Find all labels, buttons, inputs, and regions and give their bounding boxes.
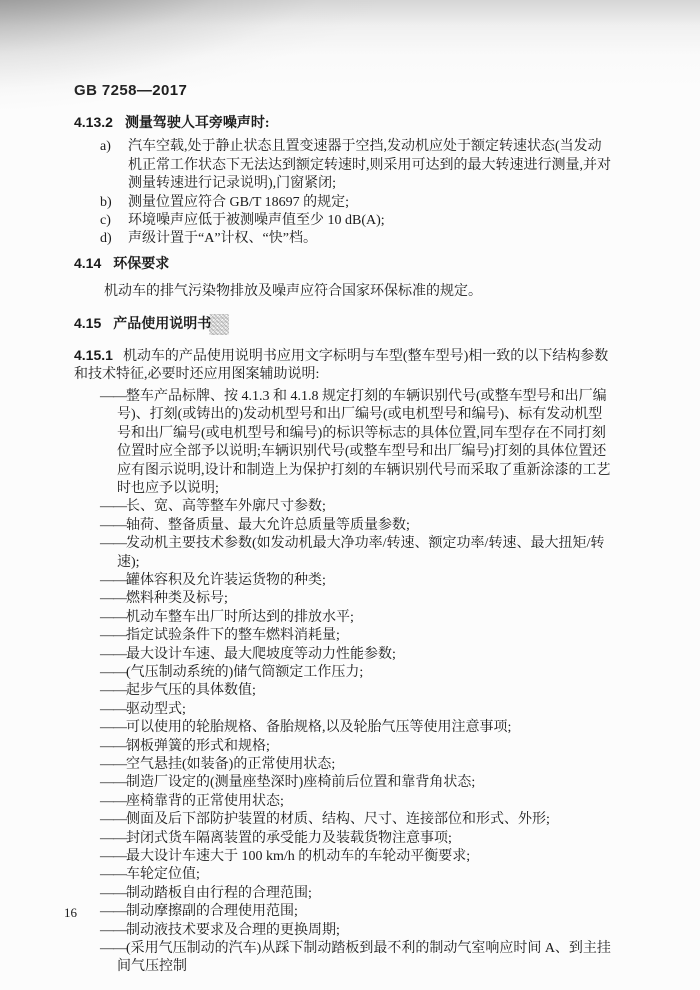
clause-number: 4.13.2: [74, 114, 113, 130]
list-item: ——车轮定位值;: [74, 866, 615, 884]
list-item: ——罐体容积及允许装运货物的种类;: [74, 572, 615, 590]
item-text: 指定试验条件下的整车燃料消耗量;: [126, 628, 340, 643]
item-text: 最大设计车速大于 100 km/h 的机动车的车轮动平衡要求;: [126, 849, 470, 864]
item-text: 声级计置于“A”计权、“快”档。: [128, 231, 317, 246]
dash-mark: ——: [100, 757, 126, 772]
dash-mark: ——: [100, 628, 126, 643]
dash-mark: ——: [100, 775, 126, 790]
clause-title: 环保要求: [113, 257, 169, 272]
clause-number: 4.15: [74, 315, 101, 331]
dash-mark: ——: [100, 518, 126, 533]
list-item: ——起步气压的具体数值;: [74, 682, 615, 700]
dash-mark: ——: [100, 941, 126, 956]
list-item: ——制动踏板自由行程的合理范围;: [74, 885, 615, 903]
dash-mark: ——: [100, 647, 126, 662]
dash-mark: ——: [100, 794, 126, 809]
item-text: 最大设计车速、最大爬坡度等动力性能参数;: [126, 647, 396, 662]
list-item: ——指定试验条件下的整车燃料消耗量;: [74, 627, 615, 645]
clause-4-15-heading: 4.15产品使用说明书: [74, 314, 615, 334]
item-text: 封闭式货车隔离装置的承受能力及装载货物注意事项;: [126, 831, 452, 846]
item-text: 罐体容积及允许装运货物的种类;: [126, 573, 326, 588]
list-item: ——最大设计车速大于 100 km/h 的机动车的车轮动平衡要求;: [74, 848, 615, 866]
dash-mark: ——: [100, 831, 126, 846]
dash-mark: ——: [100, 591, 126, 606]
standard-number-header: GB 7258—2017: [74, 82, 615, 100]
page-content: GB 7258—2017 4.13.2测量驾驶人耳旁噪声时: a) 汽车空载,处…: [74, 0, 615, 977]
item-text: 车轮定位值;: [126, 867, 200, 882]
dash-mark: ——: [100, 923, 126, 938]
list-item: ——空气悬挂(如装备)的正常使用状态;: [74, 756, 615, 774]
item-text: 发动机主要技术参数(如发动机最大净功率/转速、额定功率/转速、最大扭矩/转速);: [117, 536, 604, 569]
item-text: 驱动型式;: [126, 702, 186, 717]
list-item: ——机动车整车出厂时所达到的排放水平;: [74, 609, 615, 627]
item-text: 制造厂设定的(测量座垫深时)座椅前后位置和靠背角状态;: [126, 775, 475, 790]
list-item: ——燃料种类及标号;: [74, 590, 615, 608]
dash-mark: ——: [100, 683, 126, 698]
item-label: a): [100, 138, 111, 156]
item-text: 轴荷、整备质量、最大允许总质量等质量参数;: [126, 518, 410, 533]
clause-number: 4.14: [74, 255, 101, 271]
lettered-list: a) 汽车空载,处于静止状态且置变速器于空挡,发动机应处于额定转速状态(当发动机…: [74, 138, 615, 248]
dash-mark: ——: [100, 867, 126, 882]
list-item: c) 环境噪声应低于被测噪声值至少 10 dB(A);: [74, 212, 615, 230]
list-item: ——制造厂设定的(测量座垫深时)座椅前后位置和靠背角状态;: [74, 774, 615, 792]
list-item: ——侧面及后下部防护装置的材质、结构、尺寸、连接部位和形式、外形;: [74, 811, 615, 829]
item-label: d): [100, 230, 112, 248]
clause-intro-text: 机动车的产品使用说明书应用文字标明与车型(整车型号)相一致的以下结构参数和技术特…: [74, 349, 608, 382]
item-text: 座椅靠背的正常使用状态;: [126, 794, 284, 809]
list-item: ——(气压制动系统的)储气筒额定工作压力;: [74, 664, 615, 682]
list-item: ——制动液技术要求及合理的更换周期;: [74, 922, 615, 940]
list-item: a) 汽车空载,处于静止状态且置变速器于空挡,发动机应处于额定转速状态(当发动机…: [74, 138, 615, 193]
list-item: ——发动机主要技术参数(如发动机最大净功率/转速、额定功率/转速、最大扭矩/转速…: [74, 535, 615, 572]
dash-mark: ——: [100, 849, 126, 864]
dash-mark: ——: [100, 720, 126, 735]
item-label: b): [100, 194, 112, 212]
clause-title: 产品使用说明书: [113, 317, 211, 332]
list-item: d) 声级计置于“A”计权、“快”档。: [74, 230, 615, 248]
dash-mark: ——: [100, 573, 126, 588]
scanned-document-page: GB 7258—2017 4.13.2测量驾驶人耳旁噪声时: a) 汽车空载,处…: [0, 0, 700, 990]
list-item: ——封闭式货车隔离装置的承受能力及装载货物注意事项;: [74, 830, 615, 848]
dash-list: ——整车产品标牌、按 4.1.3 和 4.1.8 规定打刻的车辆识别代号(或整车…: [74, 388, 615, 977]
item-text: 侧面及后下部防护装置的材质、结构、尺寸、连接部位和形式、外形;: [126, 812, 550, 827]
clause-4-13-2-heading: 4.13.2测量驾驶人耳旁噪声时:: [74, 113, 615, 133]
clause-number: 4.15.1: [74, 347, 113, 363]
item-text: 制动摩擦副的合理使用范围;: [126, 904, 298, 919]
list-item: ——整车产品标牌、按 4.1.3 和 4.1.8 规定打刻的车辆识别代号(或整车…: [74, 388, 615, 498]
item-text: (采用气压制动的汽车)从踩下制动踏板到最不利的制动气室响应时间 A、到主挂间气压…: [117, 941, 611, 974]
list-item: ——驱动型式;: [74, 701, 615, 719]
item-text: 起步气压的具体数值;: [126, 683, 256, 698]
list-item: ——钢板弹簧的形式和规格;: [74, 738, 615, 756]
page-number: 16: [64, 905, 77, 921]
item-text: 空气悬挂(如装备)的正常使用状态;: [126, 757, 335, 772]
list-item: ——制动摩擦副的合理使用范围;: [74, 903, 615, 921]
item-text: 钢板弹簧的形式和规格;: [126, 739, 270, 754]
item-text: 制动液技术要求及合理的更换周期;: [126, 923, 340, 938]
item-text: 机动车整车出厂时所达到的排放水平;: [126, 610, 354, 625]
list-item: ——长、宽、高等整车外廓尺寸参数;: [74, 498, 615, 516]
clause-4-14-heading: 4.14环保要求: [74, 254, 615, 274]
list-item: ——最大设计车速、最大爬坡度等动力性能参数;: [74, 646, 615, 664]
item-text: 长、宽、高等整车外廓尺寸参数;: [126, 499, 326, 514]
item-text: 环境噪声应低于被测噪声值至少 10 dB(A);: [128, 213, 385, 228]
item-text: 整车产品标牌、按 4.1.3 和 4.1.8 规定打刻的车辆识别代号(或整车型号…: [117, 389, 611, 496]
item-text: 汽车空载,处于静止状态且置变速器于空挡,发动机应处于额定转速状态(当发动机正常工…: [128, 139, 611, 191]
clause-4-15-1-intro: 4.15.1机动车的产品使用说明书应用文字标明与车型(整车型号)相一致的以下结构…: [74, 346, 615, 385]
item-text: 测量位置应符合 GB/T 18697 的规定;: [128, 195, 349, 210]
list-item: b) 测量位置应符合 GB/T 18697 的规定;: [74, 194, 615, 212]
list-item: ——可以使用的轮胎规格、备胎规格,以及轮胎气压等使用注意事项;: [74, 719, 615, 737]
list-item: ——(采用气压制动的汽车)从踩下制动踏板到最不利的制动气室响应时间 A、到主挂间…: [74, 940, 615, 977]
dash-mark: ——: [100, 886, 126, 901]
list-item: ——座椅靠背的正常使用状态;: [74, 793, 615, 811]
dash-mark: ——: [100, 610, 126, 625]
dash-mark: ——: [100, 739, 126, 754]
dash-mark: ——: [100, 536, 126, 551]
list-item: ——轴荷、整备质量、最大允许总质量等质量参数;: [74, 517, 615, 535]
dash-mark: ——: [100, 904, 126, 919]
item-label: c): [100, 212, 111, 230]
item-text: (气压制动系统的)储气筒额定工作压力;: [126, 665, 363, 680]
clause-4-14-body: 机动车的排气污染物排放及噪声应符合国家环保标准的规定。: [74, 283, 615, 301]
item-text: 燃料种类及标号;: [126, 591, 228, 606]
dash-mark: ——: [100, 665, 126, 680]
dash-mark: ——: [100, 702, 126, 717]
dash-mark: ——: [100, 389, 126, 404]
item-text: 制动踏板自由行程的合理范围;: [126, 886, 312, 901]
dash-mark: ——: [100, 812, 126, 827]
clause-title: 测量驾驶人耳旁噪声时:: [125, 116, 270, 131]
dash-mark: ——: [100, 499, 126, 514]
item-text: 可以使用的轮胎规格、备胎规格,以及轮胎气压等使用注意事项;: [126, 720, 511, 735]
